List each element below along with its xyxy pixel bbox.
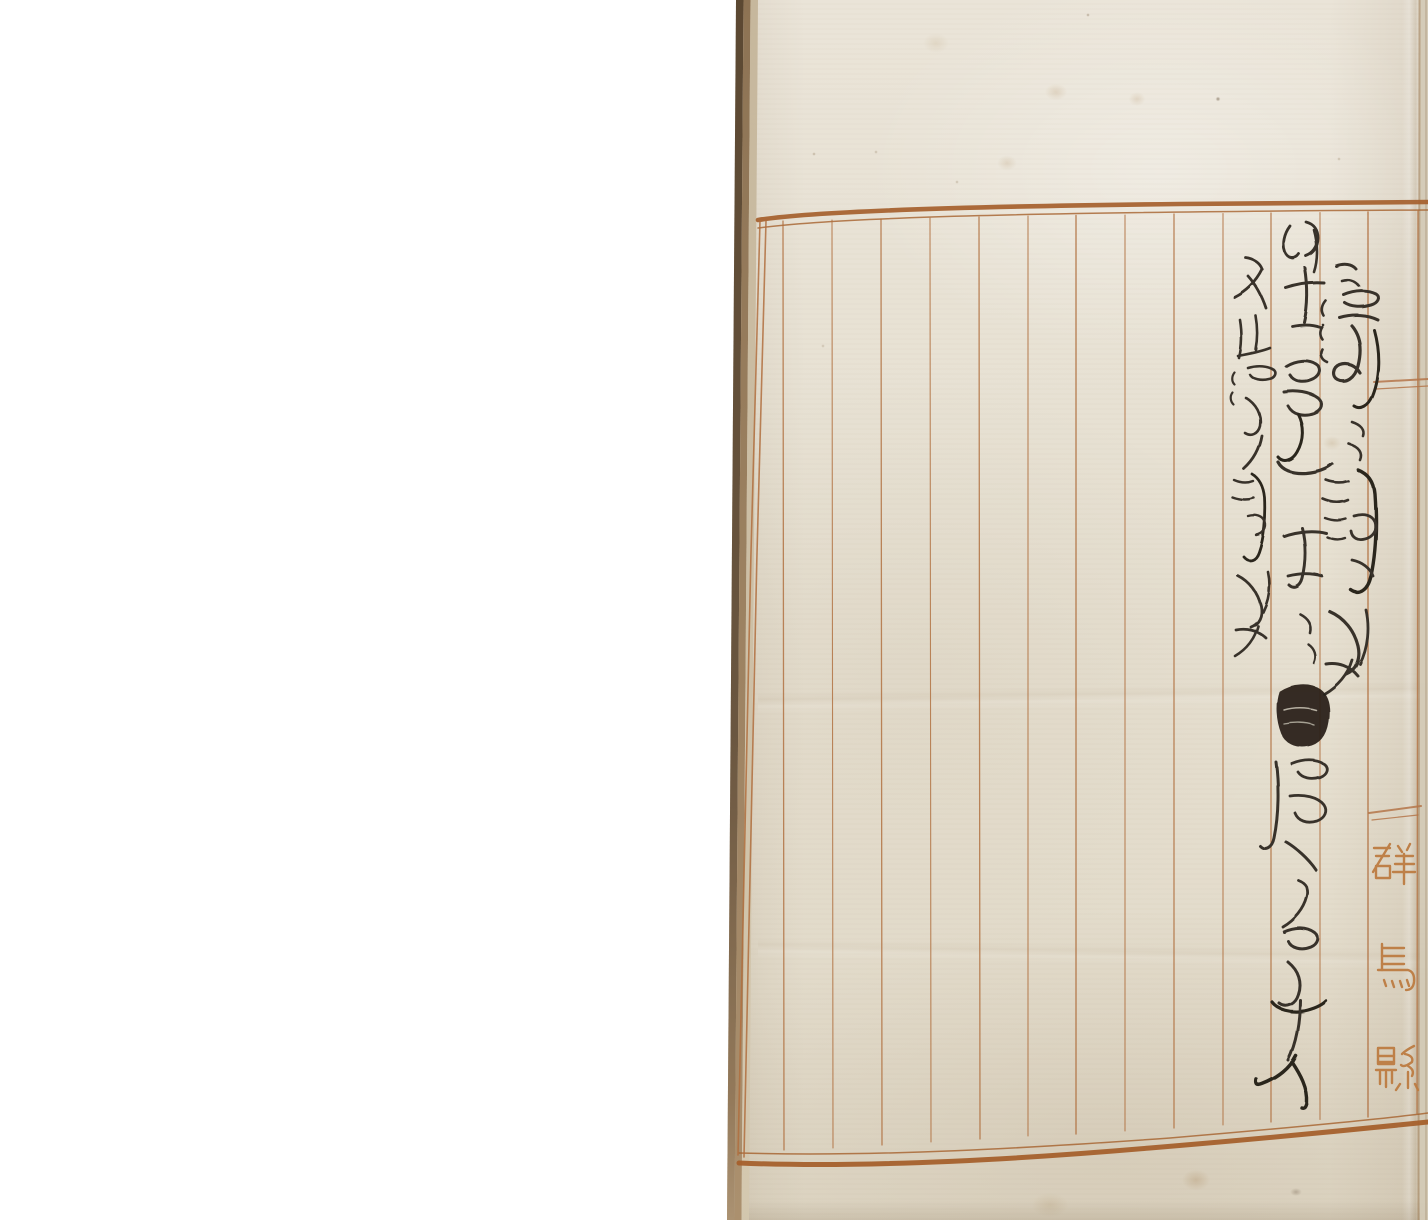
handwritten-column-3	[1230, 258, 1275, 656]
page-right-edge	[1419, 0, 1428, 1220]
stamp-char-gun	[1373, 844, 1415, 884]
ruled-grid	[738, 202, 1428, 1165]
column-rule	[783, 221, 784, 1150]
handwriting-ink	[1230, 222, 1378, 1108]
page-left-edge	[0, 0, 758, 1220]
column-rule	[979, 217, 980, 1139]
column-rule	[832, 220, 833, 1148]
stamp-char-ma	[1378, 944, 1414, 990]
stamp-char-ken	[1376, 1046, 1418, 1090]
handwritten-column-1	[1320, 264, 1379, 694]
margin-label	[1373, 844, 1418, 1090]
blank-backdrop	[0, 0, 736, 1220]
margin-divider-lower	[1369, 806, 1421, 820]
column-rule	[881, 219, 882, 1145]
ink-blot	[1278, 685, 1329, 746]
ruled-grid-and-ink-layer	[0, 0, 1428, 1220]
scan-viewport: 薄ノ調製〆又 卯士 選擧〆〃 自撰ク選擧〆人 久此薄ノ調製〆又 群馬縣	[0, 0, 1428, 1220]
column-rule	[930, 218, 931, 1142]
